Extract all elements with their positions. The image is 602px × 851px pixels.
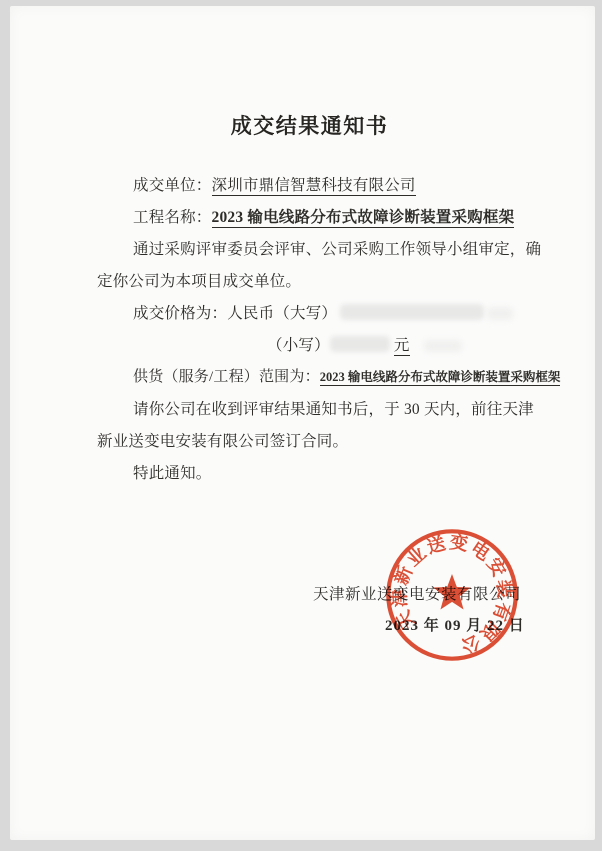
approval-text-line1: 通过采购评审委员会评审、公司采购工作领导小组审定，确 bbox=[133, 237, 541, 259]
scan-background: { "document": { "title": "成交结果通知书", "awa… bbox=[0, 0, 602, 851]
price-uppercase-redaction-smudge bbox=[487, 307, 513, 320]
scope-value: 2023 输电线路分布式故障诊断装置采购框架 bbox=[320, 370, 561, 386]
scope-line: 供货（服务/工程）范围为：2023 输电线路分布式故障诊断装置采购框架 bbox=[133, 365, 560, 386]
signing-notice-line1: 请你公司在收到评审结果通知书后，于 30 天内，前往天津 bbox=[133, 397, 534, 419]
price-uppercase-redaction bbox=[340, 304, 484, 320]
award-unit-line: 成交单位：深圳市鼎信智慧科技有限公司 bbox=[133, 173, 416, 195]
project-name-line: 工程名称：2023 输电线路分布式故障诊断装置采购框架 bbox=[133, 205, 514, 227]
project-name-label: 工程名称： bbox=[133, 209, 212, 226]
price-lowercase-redaction-smudge bbox=[424, 340, 462, 352]
company-seal-stamp: 天津新业送变电安装有限公司 bbox=[382, 525, 522, 665]
price-lowercase-line: （小写）元 bbox=[267, 333, 462, 355]
award-unit-label: 成交单位： bbox=[133, 177, 212, 194]
scope-label: 供货（服务/工程）范围为： bbox=[133, 369, 320, 385]
scanned-paper: 成交结果通知书 成交单位：深圳市鼎信智慧科技有限公司 工程名称：2023 输电线… bbox=[10, 6, 595, 840]
price-uppercase-label: 成交价格为：人民币（大写） bbox=[133, 305, 337, 322]
project-name-value: 2023 输电线路分布式故障诊断装置采购框架 bbox=[212, 209, 515, 228]
price-lowercase-label: （小写） bbox=[267, 337, 330, 354]
closing-text: 特此通知。 bbox=[133, 461, 212, 483]
price-lowercase-redaction bbox=[330, 336, 390, 352]
price-uppercase-line: 成交价格为：人民币（大写） bbox=[133, 301, 513, 323]
price-unit: 元 bbox=[394, 337, 410, 356]
award-unit-value: 深圳市鼎信智慧科技有限公司 bbox=[212, 177, 416, 196]
seal-star-icon bbox=[433, 574, 470, 609]
approval-text-line2: 定你公司为本项目成交单位。 bbox=[97, 269, 301, 291]
page-title: 成交结果通知书 bbox=[10, 110, 595, 140]
signing-notice-line2: 新业送变电安装有限公司签订合同。 bbox=[97, 429, 348, 451]
